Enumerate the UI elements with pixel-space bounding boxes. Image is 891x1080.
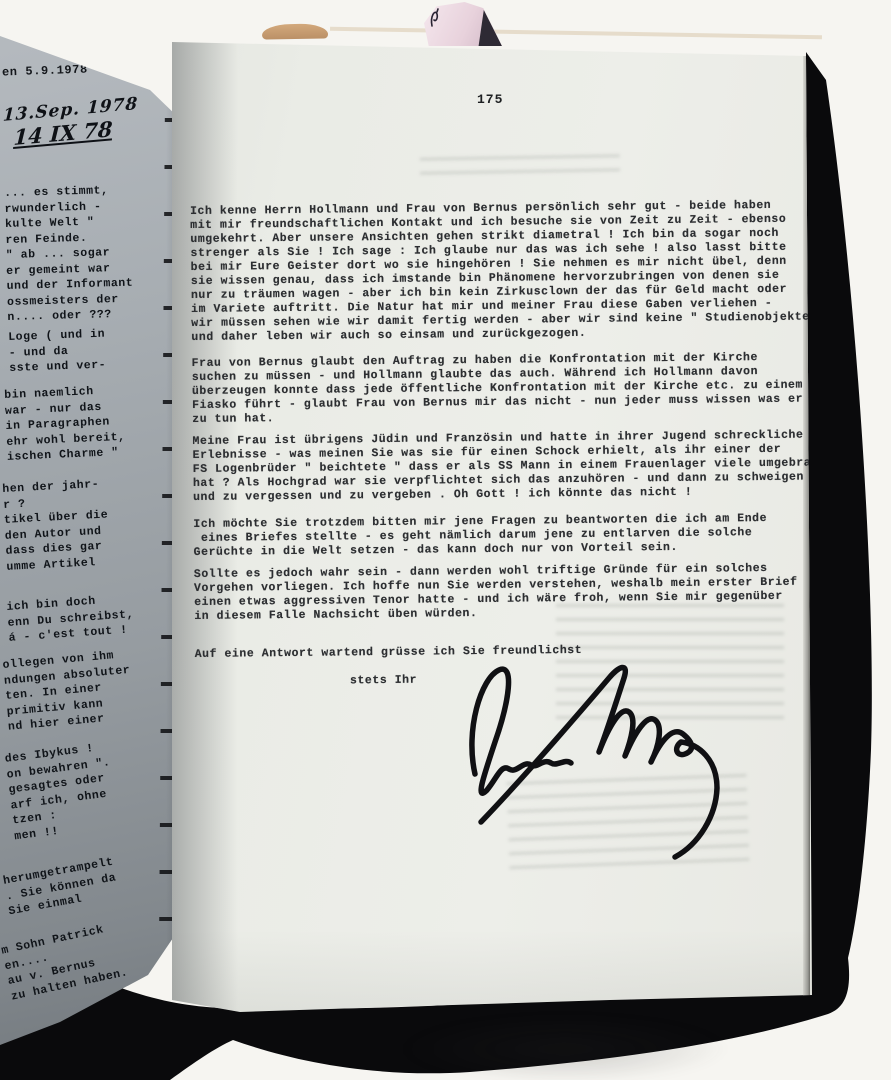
left-page-fragment-block: Loge ( und in - und da sste und ver- <box>8 327 106 377</box>
bleed-through-ghost-text <box>420 154 620 185</box>
cover-shadow <box>400 1014 730 1080</box>
left-page-fragment-block: des Ibykus ! on bewahren ". gesagtes ode… <box>4 739 119 844</box>
page-number: 175 <box>477 92 503 107</box>
left-page-fragment-block: ollegen von ihm ndungen absoluter ten. I… <box>2 647 135 735</box>
left-page-fragment-block: ... es stimmt, rwunderlich - kulte Welt … <box>4 183 134 326</box>
pen-mark <box>428 6 444 30</box>
typewritten-letter: Ich kenne Herrn Hollmann und Frau von Be… <box>190 198 855 690</box>
left-page-fragment-block: ich bin doch enn Du schreibst, á - c'est… <box>6 591 136 646</box>
left-page-fragment-block: bin naemlich war - nur das in Paragraphe… <box>4 383 126 466</box>
letter-paragraph: Ich möchte Sie trotzdem bitten mir jene … <box>193 511 853 560</box>
bookmark-tab-tan <box>262 23 328 39</box>
letter-paragraph: Meine Frau ist übrigens Jüdin und Franzö… <box>192 428 853 505</box>
left-page-fragment-block: herumgetrampelt . Sie können da Sie einm… <box>2 855 120 920</box>
letter-paragraph: Frau von Bernus glaubt den Auftrag zu ha… <box>192 350 853 427</box>
photo-of-open-book: en 5.9.1978 13.Sep. 1978 14 IX 78 ... es… <box>0 0 891 1080</box>
letter-paragraph: Sollte es jedoch wahr sein - dann werden… <box>194 561 855 624</box>
letter-paragraphs: Ich kenne Herrn Hollmann und Frau von Be… <box>190 198 854 624</box>
left-page-fragment-block: hen der jahr- r ? tikel über die den Aut… <box>2 477 111 575</box>
handwritten-signature <box>435 652 725 867</box>
left-page-fragment-block: m Sohn Patrick en.... au v. Bernus zu ha… <box>0 919 130 1004</box>
letter-paragraph: Ich kenne Herrn Hollmann und Frau von Be… <box>190 198 851 345</box>
